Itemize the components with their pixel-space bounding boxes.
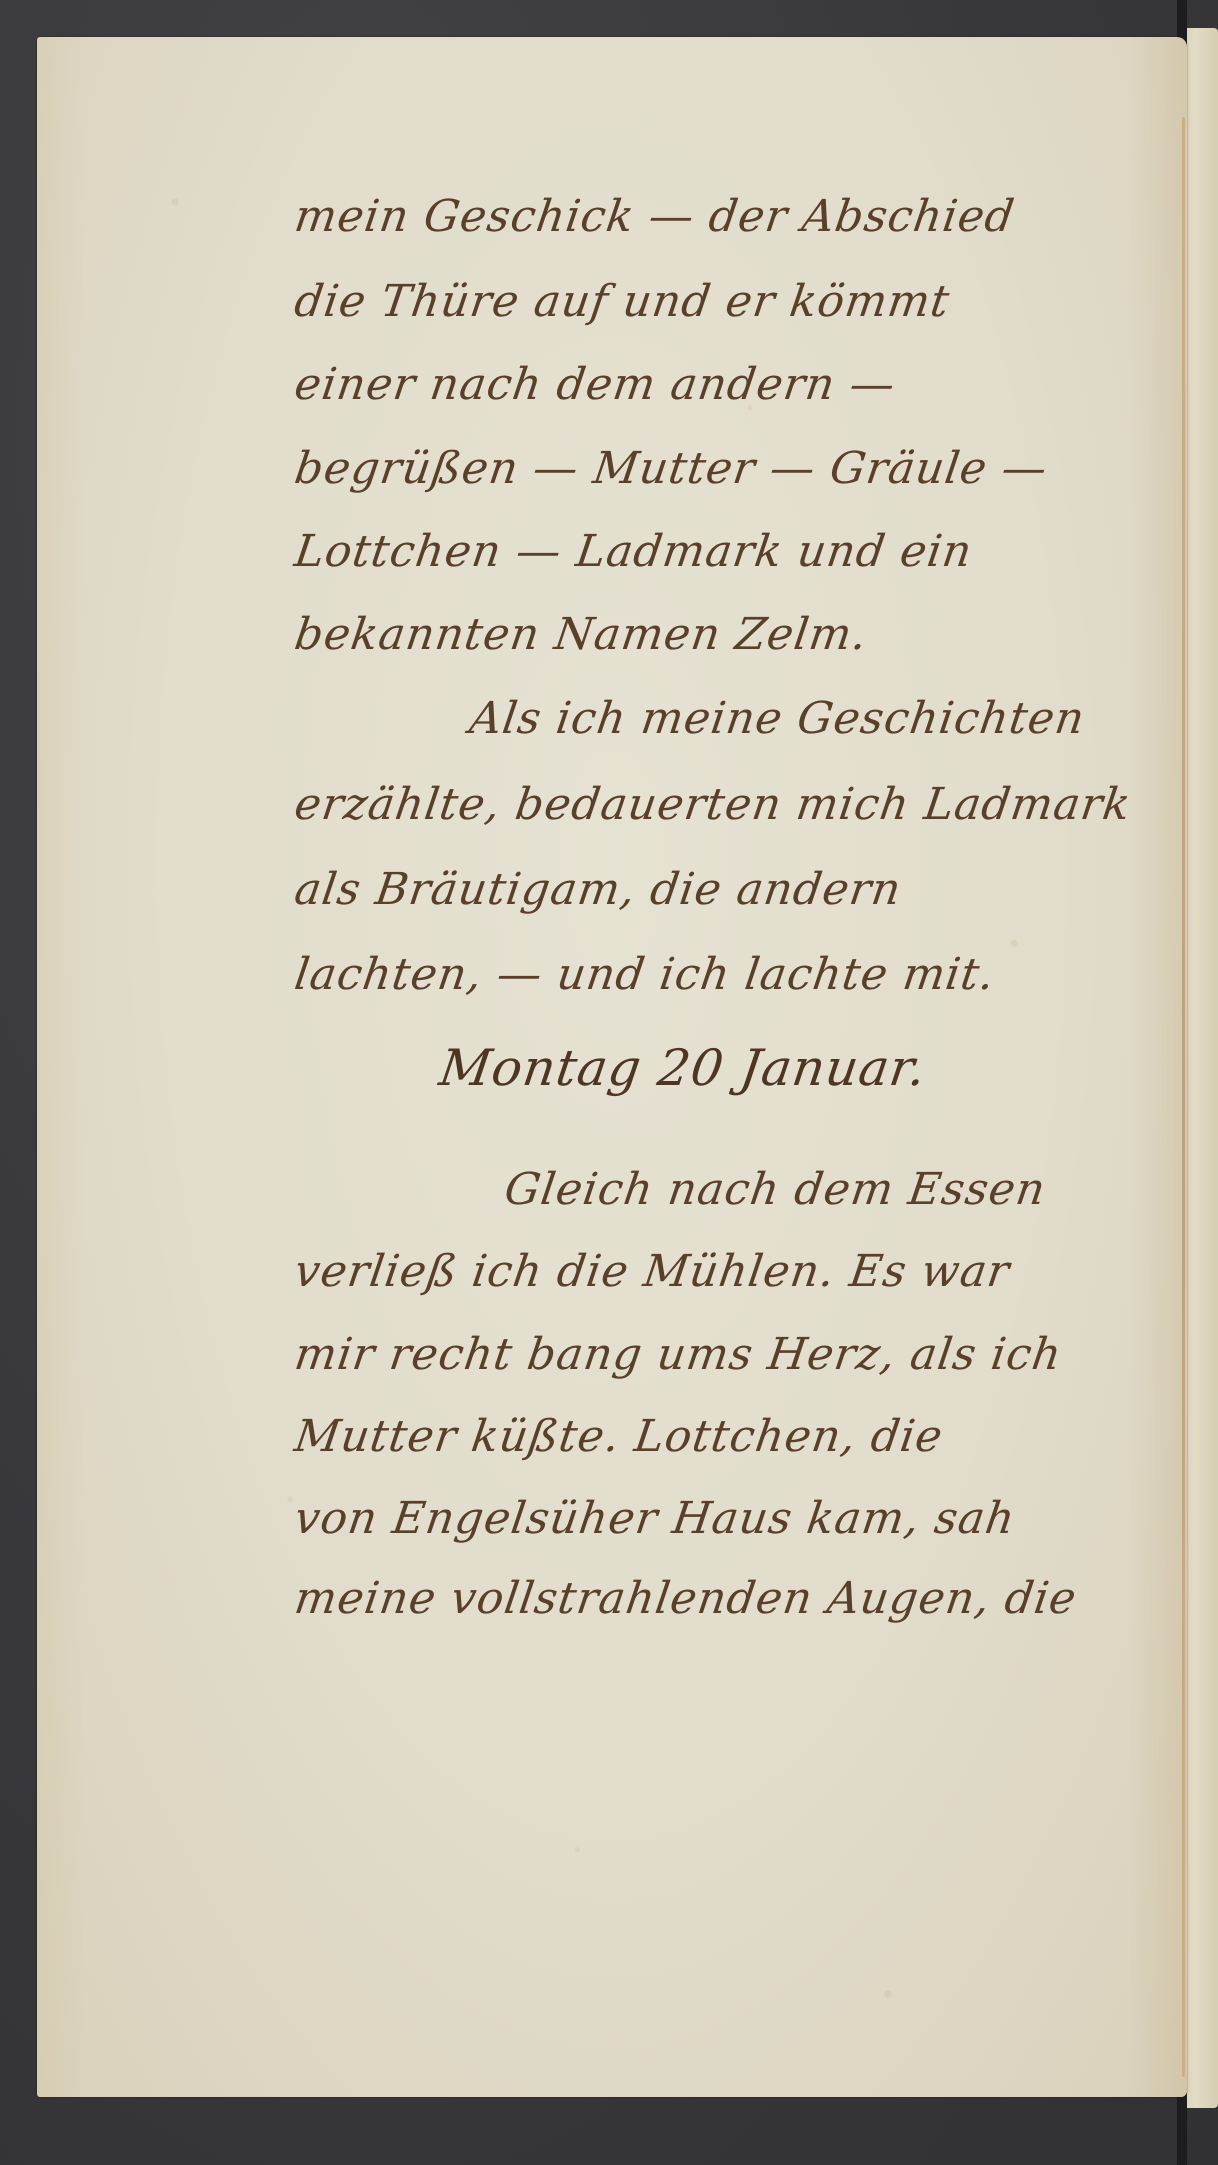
manuscript-line: mir recht bang ums Herz, als ich: [292, 1333, 1065, 1377]
manuscript-line: begrüßen — Mutter — Gräule —: [292, 447, 1050, 491]
manuscript-line: erzählte, bedauerten mich Ladmark: [292, 783, 1134, 827]
page-stack-edge: [1182, 117, 1185, 2077]
manuscript-line: meine vollstrahlenden Augen, die: [292, 1577, 1080, 1621]
manuscript-line: mein Geschick — der Abschied: [292, 195, 1017, 239]
manuscript-line: als Bräutigam, die andern: [292, 868, 904, 912]
manuscript-line: lachten, — und ich lachte mit.: [292, 953, 998, 997]
manuscript-line: verließ ich die Mühlen. Es war: [292, 1250, 1013, 1294]
manuscript-line: bekannten Namen Zelm.: [292, 613, 870, 657]
manuscript-line: Lottchen — Ladmark und ein: [292, 530, 975, 574]
manuscript-line: einer nach dem andern —: [292, 363, 898, 407]
manuscript-line: von Engelsüher Haus kam, sah: [292, 1497, 1018, 1541]
manuscript-line: Gleich nach dem Essen: [502, 1168, 1049, 1212]
diary-date-heading: Montag 20 Januar.: [436, 1043, 929, 1093]
manuscript-line: die Thüre auf und er kömmt: [292, 280, 953, 324]
manuscript-line: Als ich meine Geschichten: [467, 697, 1088, 741]
manuscript-line: Mutter küßte. Lottchen, die: [292, 1415, 946, 1459]
